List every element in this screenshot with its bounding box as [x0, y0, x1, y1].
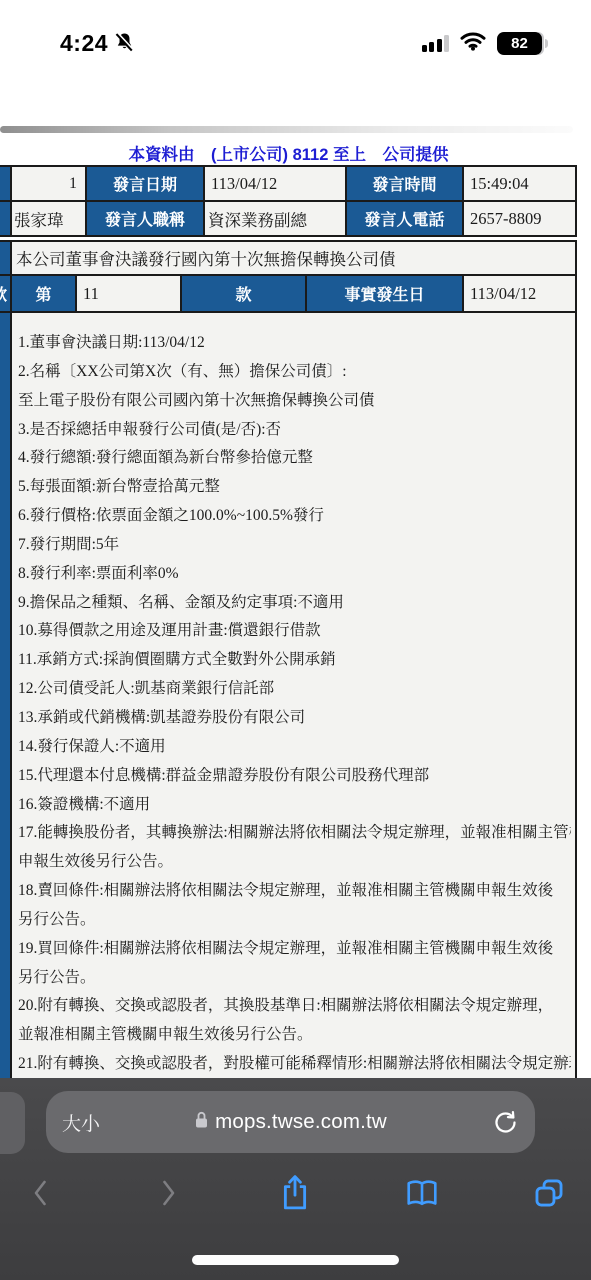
- body-header-edge: [0, 311, 12, 1090]
- body-line: 申報生效後另行公告。: [18, 848, 571, 877]
- body-line: 另行公告。: [18, 906, 571, 935]
- speaker-phone-value: 2657-8809: [462, 200, 577, 237]
- home-indicator[interactable]: [192, 1255, 399, 1265]
- status-time: 4:24: [60, 30, 108, 57]
- iphone-screen: 4:24 82: [0, 0, 591, 1280]
- body-line: 8.發行利率:票面利率0%: [18, 560, 571, 589]
- body-line: 12.公司債受託人:凱基商業銀行信託部: [18, 675, 571, 704]
- forward-button[interactable]: [145, 1170, 191, 1216]
- table-row: 款 第 11 款 事實發生日 113/04/12: [0, 274, 577, 313]
- body-line: 另行公告。: [18, 964, 571, 993]
- fact-date-label: 事實發生日: [305, 274, 464, 313]
- body-line: 20.附有轉換、交換或認股者，其換股基準日:相關辦法將依相關法令規定辦理，: [18, 992, 571, 1021]
- body-line: 4.發行總額:發行總面額為新台幣參拾億元整: [18, 444, 571, 473]
- body-line: 2.名稱〔XX公司第X次（有、無）擔保公司債〕:: [18, 358, 571, 387]
- status-icons: 82: [422, 31, 549, 56]
- bookmarks-icon[interactable]: [399, 1170, 445, 1216]
- speak-time-label: 發言時間: [345, 165, 464, 202]
- body-line: 6.發行價格:依票面金額之100.0%~100.5%發行: [18, 502, 571, 531]
- body-line: 至上電子股份有限公司國內第十次無擔保轉換公司債: [18, 387, 571, 416]
- table-row: 本公司董事會決議發行國內第十次無擔保轉換公司債: [0, 240, 577, 276]
- body-line: 5.每張面額:新台幣壹拾萬元整: [18, 473, 571, 502]
- clause-no-value: 11: [75, 274, 182, 313]
- body-line: 14.發行保證人:不適用: [18, 733, 571, 762]
- subject-cell: 本公司董事會決議發行國內第十次無擔保轉換公司債: [10, 240, 577, 276]
- table-row: 張家瑋 發言人職稱 資深業務副總 發言人電話 2657-8809: [0, 200, 577, 237]
- clause-prefix-label: 第: [10, 274, 77, 313]
- adjacent-tab-pill[interactable]: [0, 1092, 25, 1154]
- battery-percent: 82: [497, 32, 542, 55]
- reload-button[interactable]: [486, 1103, 524, 1141]
- back-button[interactable]: [18, 1170, 64, 1216]
- announcement-table: 1 發言日期 113/04/12 發言時間 15:49:04 張家瑋 發言人職稱…: [0, 165, 577, 1090]
- body-line: 16.簽證機構:不適用: [18, 791, 571, 820]
- body-line: 7.發行期間:5年: [18, 531, 571, 560]
- body-line: 3.是否採總括申報發行公司債(是/否):否: [18, 416, 571, 445]
- body-line: 17.能轉換股份者，其轉換辦法:相關辦法將依相關法令規定辦理，並報准相關主管機關: [18, 819, 571, 848]
- battery-icon: 82: [497, 32, 548, 55]
- body-line: 9.擔保品之種類、名稱、金額及約定事項:不適用: [18, 589, 571, 618]
- cellular-signal-icon: [422, 35, 450, 52]
- body-line: 21.附有轉換、交換或認股者，對股權可能稀釋情形:相關辦法將依相關法令規定辦理，: [18, 1050, 571, 1079]
- address-bar[interactable]: 大小 mops.twse.com.tw: [46, 1091, 535, 1153]
- share-icon[interactable]: [272, 1170, 318, 1216]
- status-bar: 4:24 82: [0, 0, 591, 100]
- url-text: mops.twse.com.tw: [215, 1110, 387, 1134]
- body-line: 1.董事會決議日期:113/04/12: [18, 329, 571, 358]
- speaker-name: 張家瑋: [10, 200, 87, 237]
- provider-note: 本資料由 (上市公司) 8112 至上 公司提供: [0, 141, 577, 165]
- body-line: 19.買回條件:相關辦法將依相關法令規定辦理，並報准相關主管機關申報生效後: [18, 935, 571, 964]
- page-top-divider: [0, 126, 573, 133]
- safari-bottom-bar: 大小 mops.twse.com.tw: [0, 1078, 591, 1280]
- seq-cell: 1: [10, 165, 87, 202]
- wifi-icon: [459, 31, 487, 56]
- speaker-phone-label: 發言人電話: [345, 200, 464, 237]
- speak-date-label: 發言日期: [85, 165, 205, 202]
- body-line: 15.代理還本付息機構:群益金鼎證券股份有限公司股務代理部: [18, 762, 571, 791]
- clause-unit-label: 款: [180, 274, 307, 313]
- body-line: 並報准相關主管機關申報生效後另行公告。: [18, 1021, 571, 1050]
- tabs-icon[interactable]: [526, 1170, 572, 1216]
- speak-date-value: 113/04/12: [203, 165, 347, 202]
- bell-slash-icon: [113, 31, 136, 59]
- body-line: 10.募得價款之用途及運用計畫:償還銀行借款: [18, 617, 571, 646]
- url-group[interactable]: mops.twse.com.tw: [194, 1110, 387, 1134]
- table-row: 1 發言日期 113/04/12 發言時間 15:49:04: [0, 165, 577, 202]
- fact-date-value: 113/04/12: [462, 274, 577, 313]
- speak-time-value: 15:49:04: [462, 165, 577, 202]
- announcement-body: 1.董事會決議日期:113/04/122.名稱〔XX公司第X次（有、無）擔保公司…: [12, 311, 577, 1090]
- web-content: 本資料由 (上市公司) 8112 至上 公司提供 1 發言日期 113/04/1…: [0, 100, 591, 1078]
- toolbar: [0, 1170, 591, 1226]
- speaker-title-value: 資深業務副總: [203, 200, 347, 237]
- text-size-button[interactable]: 大小: [62, 1091, 100, 1153]
- body-line: 13.承銷或代銷機構:凱基證券股份有限公司: [18, 704, 571, 733]
- lock-icon: [194, 1111, 209, 1134]
- speaker-title-label: 發言人職稱: [85, 200, 205, 237]
- table-row: 1.董事會決議日期:113/04/122.名稱〔XX公司第X次（有、無）擔保公司…: [0, 311, 577, 1090]
- body-line: 18.賣回條件:相關辦法將依相關法令規定辦理，並報准相關主管機關申報生效後: [18, 877, 571, 906]
- body-line: 11.承銷方式:採詢價圈購方式全數對外公開承銷: [18, 646, 571, 675]
